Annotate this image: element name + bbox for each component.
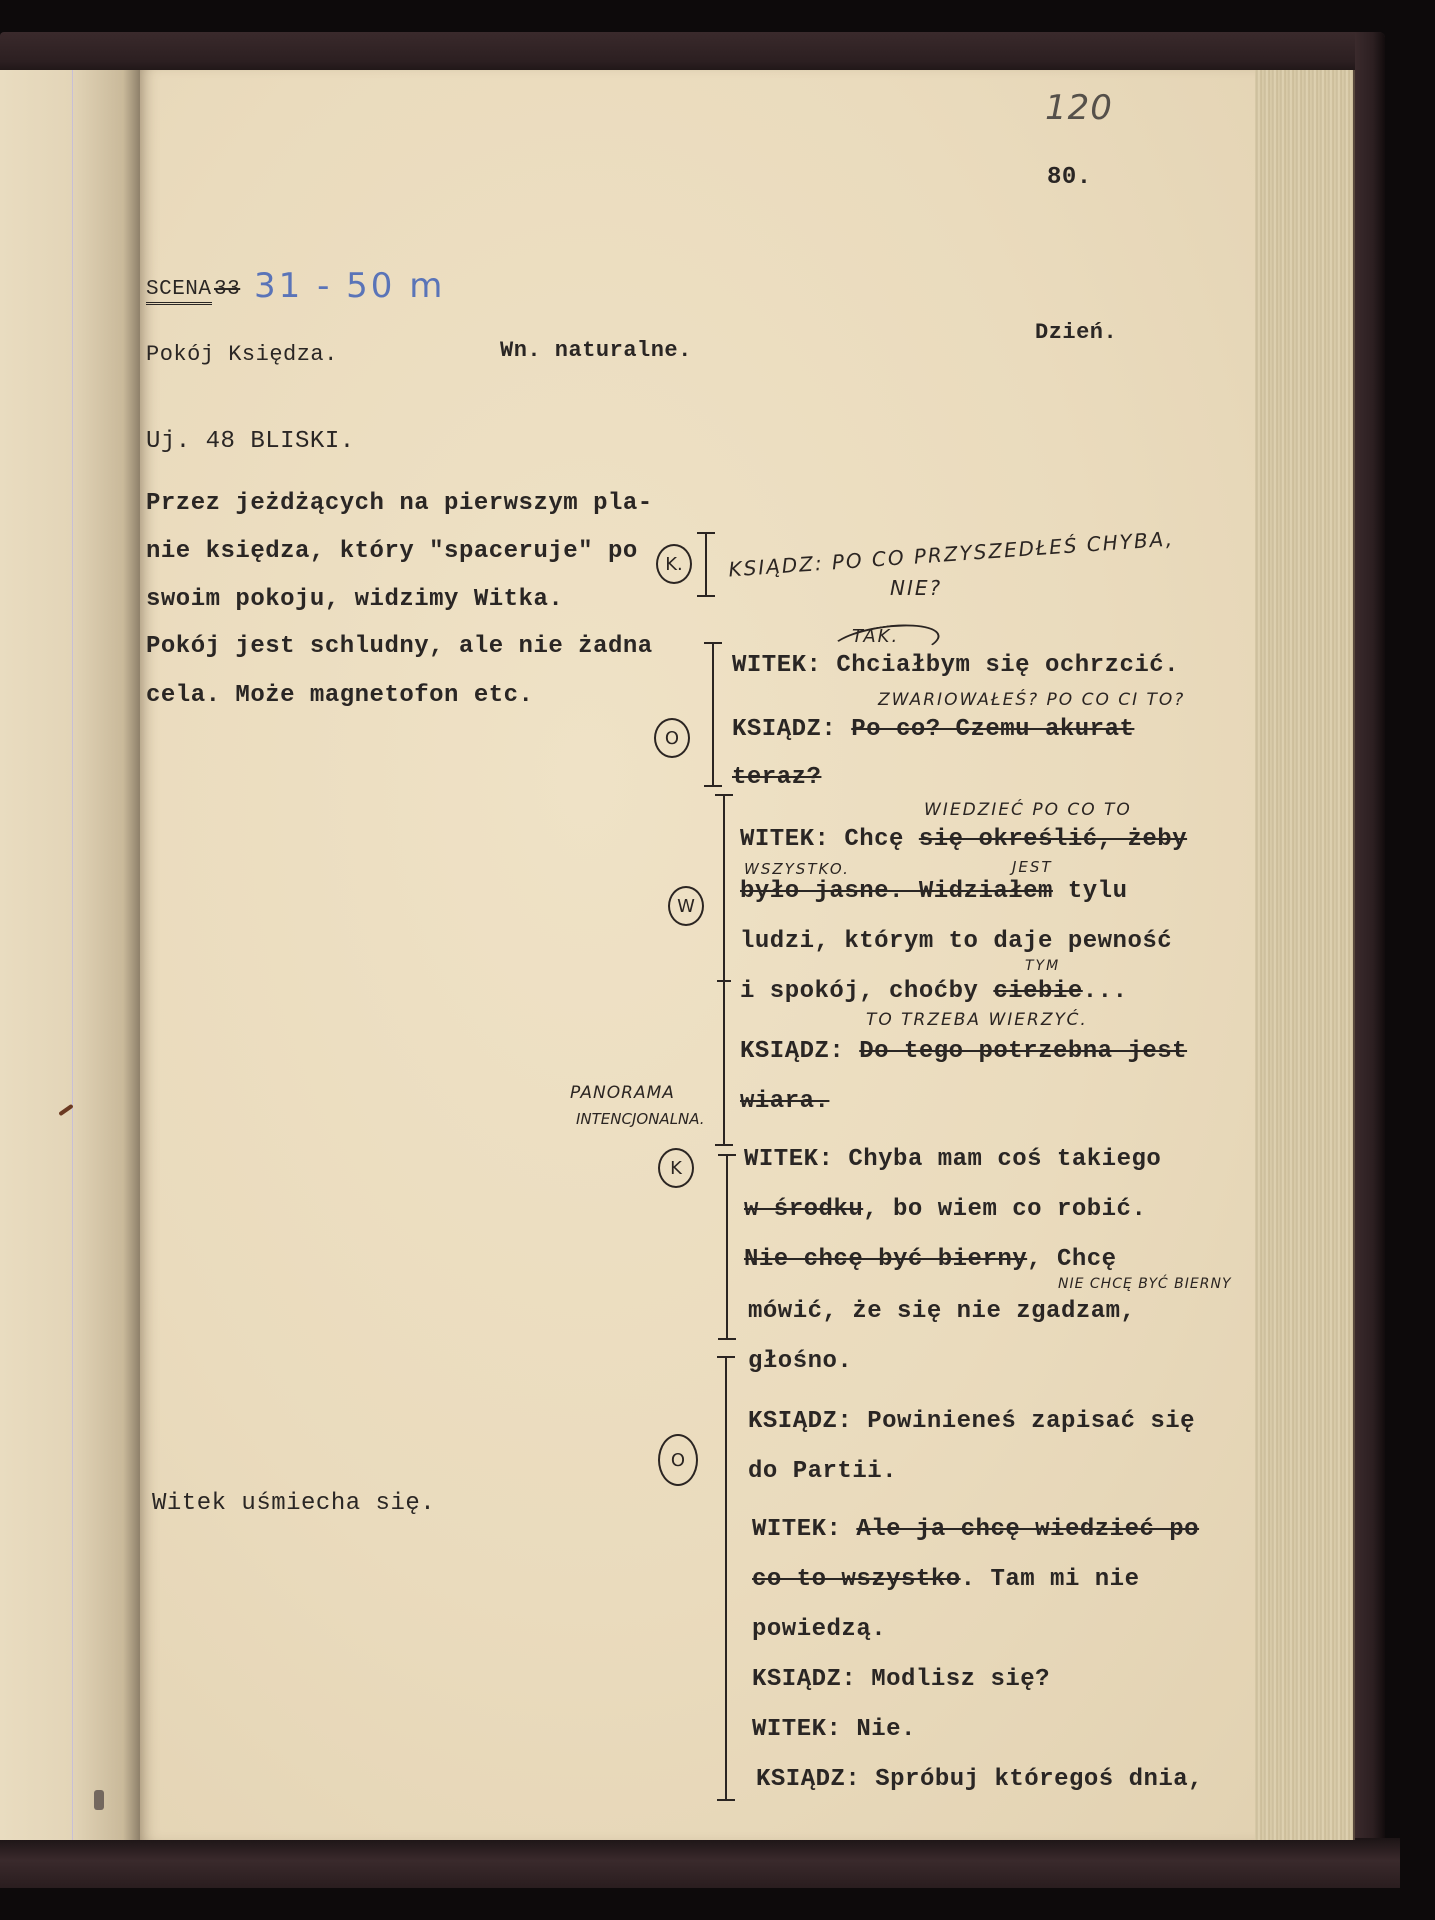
- bracket-tick: [717, 980, 731, 982]
- handwritten-insert: JEST: [1012, 858, 1053, 876]
- description-line: nie księdza, który "spaceruje" po: [146, 538, 638, 565]
- shot-bracket: [712, 642, 714, 787]
- dialogue-line: WITEK: Chcę się określić, żeby: [740, 826, 1187, 853]
- dialogue-line: i spokój, choćby ciebie...: [740, 978, 1127, 1005]
- dialogue-text: Nie.: [856, 1716, 916, 1743]
- struck-text: teraz?: [732, 764, 821, 791]
- struck-text: było jasne. Widziałem: [740, 878, 1053, 905]
- struck-text: co to wszystko: [752, 1566, 961, 1593]
- scene-label: SCENA: [146, 278, 212, 305]
- dialogue-line: w środku, bo wiem co robić.: [744, 1196, 1146, 1223]
- dialogue-text: Chciałbym się ochrzcić.: [836, 652, 1179, 679]
- book-cover-top: [0, 32, 1385, 74]
- dialogue-text: tylu: [1053, 878, 1128, 905]
- shot-marker-circle: K.: [656, 544, 692, 584]
- handwritten-note: KSIĄDZ: PO CO PRZYSZEDŁEŚ CHYBA,: [728, 526, 1175, 581]
- dialogue-line: mówić, że się nie zgadzam,: [748, 1298, 1135, 1325]
- dialogue-line: KSIĄDZ: Spróbuj któregoś dnia,: [756, 1766, 1203, 1793]
- script-page: 120 80. SCENA 33 31 - 50 m Pokój Księdza…: [140, 70, 1255, 1840]
- dialogue-text: , Chcę: [1027, 1246, 1116, 1273]
- speaker: KSIĄDZ:: [752, 1666, 856, 1693]
- page-number: 80.: [1047, 164, 1092, 191]
- margin-rule: [72, 70, 73, 1840]
- speaker: KSIĄDZ:: [740, 1038, 844, 1065]
- shot-marker-circle: W: [668, 886, 704, 926]
- dialogue-line: do Partii.: [748, 1458, 897, 1485]
- struck-text: w środku: [744, 1196, 863, 1223]
- description-line: swoim pokoju, widzimy Witka.: [146, 586, 563, 613]
- struck-text: ciebie: [993, 978, 1082, 1005]
- scene-number-handwritten: 31 - 50 m: [254, 266, 445, 306]
- dialogue-line: powiedzą.: [752, 1616, 886, 1643]
- dialogue-text: mówić, że się nie zgadzam,: [748, 1298, 1135, 1325]
- dialogue-text: Modlisz się?: [871, 1666, 1050, 1693]
- handwritten-insert: NIE CHCĘ BYĆ BIERNY: [1058, 1276, 1232, 1292]
- handwritten-insert: TYM: [1025, 958, 1060, 974]
- scene-time: Dzień.: [1035, 320, 1117, 345]
- archive-number: 120: [1045, 88, 1113, 128]
- dialogue-text: Powinieneś zapisać się: [867, 1408, 1195, 1435]
- scene-number-struck: 33: [214, 278, 240, 301]
- struck-text: się określić, żeby: [919, 826, 1187, 853]
- dialogue-text: Chcę: [844, 826, 919, 853]
- description-line: Przez jeżdżących na pierwszym pla-: [146, 490, 653, 517]
- left-page-facing: [0, 70, 140, 1840]
- handwritten-insert: TO TRZEBA WIERZYĆ.: [866, 1010, 1088, 1030]
- speaker: WITEK:: [752, 1716, 841, 1743]
- dialogue-line: KSIĄDZ: Powinieneś zapisać się: [748, 1408, 1195, 1435]
- smudge-mark: [94, 1790, 104, 1810]
- book-cover-right: [1355, 32, 1385, 1882]
- speaker: KSIĄDZ:: [748, 1408, 852, 1435]
- dialogue-line: WITEK: Ale ja chcę wiedzieć po: [752, 1516, 1199, 1543]
- dialogue-text: głośno.: [748, 1348, 852, 1375]
- shot-bracket: [726, 1154, 728, 1340]
- dialogue-text: Chyba mam coś takiego: [848, 1146, 1161, 1173]
- dialogue-line: KSIĄDZ: Do tego potrzebna jest: [740, 1038, 1187, 1065]
- book-cover-bottom: [0, 1838, 1400, 1888]
- shot-marker-circle: O: [658, 1434, 698, 1486]
- dialogue-text: ...: [1083, 978, 1128, 1005]
- dialogue-text: , bo wiem co robić.: [863, 1196, 1146, 1223]
- dialogue-line: WITEK: Nie.: [752, 1716, 916, 1743]
- dialogue-line: KSIĄDZ: Modlisz się?: [752, 1666, 1050, 1693]
- speaker: WITEK:: [752, 1516, 841, 1543]
- dialogue-text: . Tam mi nie: [961, 1566, 1140, 1593]
- speaker: KSIĄDZ:: [732, 716, 836, 743]
- dialogue-line: wiara.: [740, 1088, 829, 1115]
- handwritten-insert: WSZYSTKO.: [744, 860, 850, 878]
- dialogue-text: powiedzą.: [752, 1616, 886, 1643]
- description-line: cela. Może magnetofon etc.: [146, 682, 533, 709]
- dialogue-line: WITEK: Chyba mam coś takiego: [744, 1146, 1161, 1173]
- dialogue-text: ludzi, którym to daje pewność: [740, 928, 1172, 955]
- dialogue-line: ludzi, którym to daje pewność: [740, 928, 1172, 955]
- struck-text: Nie chcę być bierny: [744, 1246, 1027, 1273]
- dialogue-line: teraz?: [732, 764, 821, 791]
- handwritten-insert: ZWARIOWAŁEŚ? PO CO CI TO?: [878, 690, 1185, 710]
- shot-label: Uj. 48 BLISKI.: [146, 428, 355, 455]
- dialogue-text: Spróbuj któregoś dnia,: [875, 1766, 1203, 1793]
- handwritten-insert: WIEDZIEĆ PO CO TO: [924, 800, 1132, 820]
- scene-set: Wn. naturalne.: [500, 338, 692, 363]
- dialogue-text: i spokój, choćby: [740, 978, 993, 1005]
- speaker: WITEK:: [732, 652, 821, 679]
- dialogue-line: WITEK: Chciałbym się ochrzcić.: [732, 652, 1179, 679]
- struck-text: Do tego potrzebna jest: [859, 1038, 1187, 1065]
- page-edges-stack: [1255, 70, 1355, 1840]
- dialogue-line: co to wszystko. Tam mi nie: [752, 1566, 1139, 1593]
- shot-marker-circle: K: [658, 1148, 694, 1188]
- dialogue-line: było jasne. Widziałem tylu: [740, 878, 1127, 905]
- struck-text: Ale ja chcę wiedzieć po: [856, 1516, 1199, 1543]
- shot-bracket: [725, 1356, 727, 1801]
- description-line: Pokój jest schludny, ale nie żadna: [146, 633, 653, 660]
- shot-bracket: [705, 532, 707, 597]
- speaker: WITEK:: [744, 1146, 833, 1173]
- margin-note-panorama: INTENCJONALNA.: [576, 1110, 705, 1128]
- struck-text: wiara.: [740, 1088, 829, 1115]
- margin-note-panorama: PANORAMA: [570, 1083, 675, 1103]
- stage-direction: Witek uśmiecha się.: [152, 1490, 435, 1517]
- scene-location: Pokój Księdza.: [146, 342, 338, 367]
- struck-text: Po co? Czemu akurat: [851, 716, 1134, 743]
- dialogue-line: Nie chcę być bierny, Chcę: [744, 1246, 1117, 1273]
- shot-marker-circle: O: [654, 718, 690, 758]
- speaker: KSIĄDZ:: [756, 1766, 860, 1793]
- shot-bracket: [723, 794, 725, 1146]
- handwritten-note: NIE?: [890, 576, 942, 600]
- dialogue-line: KSIĄDZ: Po co? Czemu akurat: [732, 716, 1134, 743]
- dialogue-text: do Partii.: [748, 1458, 897, 1485]
- speaker: WITEK:: [740, 826, 829, 853]
- dialogue-line: głośno.: [748, 1348, 852, 1375]
